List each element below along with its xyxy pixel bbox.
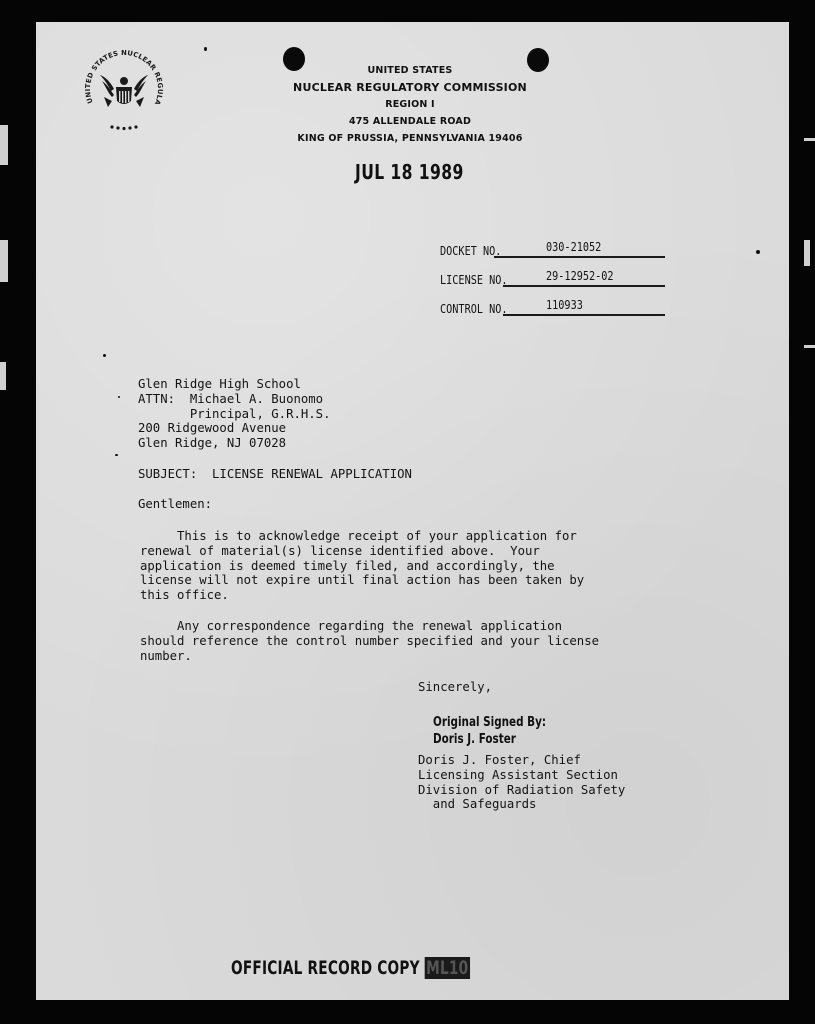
letterhead-region: REGION I <box>260 96 560 113</box>
edge-artifact <box>804 240 810 266</box>
license-number-value: 29-12952-02 <box>546 269 614 283</box>
control-number-underline <box>503 314 665 316</box>
edge-artifact <box>804 138 815 141</box>
body-paragraph-2: Any correspondence regarding the renewal… <box>140 619 599 663</box>
scan-speck <box>118 396 120 398</box>
scan-speck <box>115 454 118 456</box>
official-record-stamp: OFFICIAL RECORD COPY ML10 <box>231 957 470 979</box>
recipient-address: Glen Ridge High School ATTN: Michael A. … <box>138 377 331 451</box>
official-record-text: OFFICIAL RECORD COPY <box>231 957 420 979</box>
letterhead-street: 475 ALLENDALE ROAD <box>260 113 560 130</box>
subject-line: SUBJECT: LICENSE RENEWAL APPLICATION <box>138 467 412 482</box>
letterhead-agency-name: NUCLEAR REGULATORY COMMISSION <box>260 79 560 96</box>
control-number-value: 110933 <box>546 298 583 312</box>
salutation: Gentlemen: <box>138 497 212 512</box>
scan-speck <box>204 47 207 51</box>
scan-speck <box>103 354 106 357</box>
letterhead-city: KING OF PRUSSIA, PENNSYLVANIA 19406 <box>260 130 560 147</box>
docket-number-value: 030-21052 <box>546 240 601 254</box>
signature-block: Doris J. Foster, Chief Licensing Assista… <box>418 753 625 812</box>
seal-icon: UNITED STATES NUCLEAR REGULATORY COMMISS… <box>78 45 170 137</box>
edge-artifact <box>804 345 815 348</box>
license-number-underline <box>503 285 665 287</box>
edge-artifact <box>0 362 6 390</box>
letterhead-line-1: UNITED STATES <box>260 62 560 79</box>
edge-artifact <box>0 125 8 165</box>
docket-number-label: DOCKET NO. <box>440 244 501 258</box>
date-stamp: JUL 18 1989 <box>355 160 464 184</box>
edge-artifact <box>0 240 8 282</box>
docket-number-underline <box>494 256 665 258</box>
control-number-label: CONTROL NO. <box>440 302 508 316</box>
signature-stamp: Original Signed By: Doris J. Foster <box>433 714 546 748</box>
body-paragraph-1: This is to acknowledge receipt of your a… <box>140 529 584 603</box>
letterhead: UNITED STATES NUCLEAR REGULATORY COMMISS… <box>260 62 560 147</box>
record-code: ML10 <box>425 957 470 979</box>
license-number-label: LICENSE NO. <box>440 273 508 287</box>
scan-speck <box>756 250 760 254</box>
closing: Sincerely, <box>418 680 492 695</box>
